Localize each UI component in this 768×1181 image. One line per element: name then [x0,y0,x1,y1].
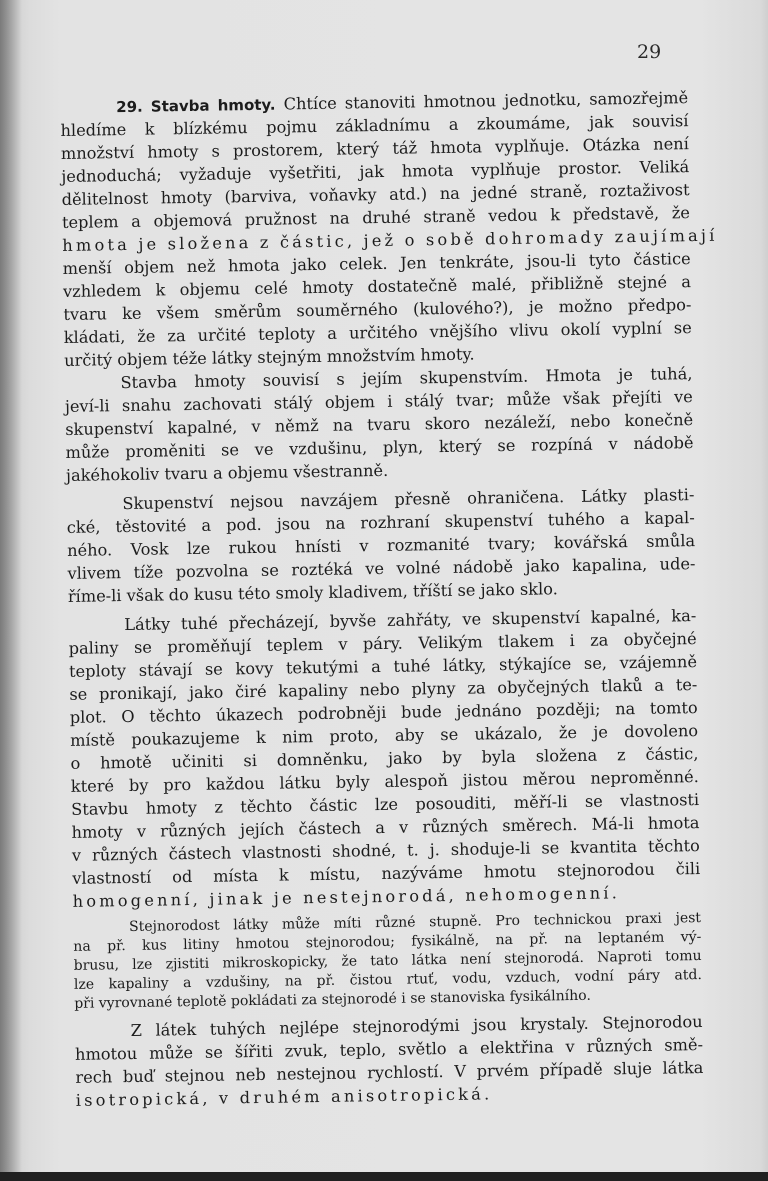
section-number: 29. [116,98,143,116]
page-binding-shadow [0,0,22,1172]
section-title: Stavba hmoty. [151,96,276,116]
footnote-block: Stejnorodost látky může míti různé stupn… [73,909,702,1014]
book-page: 29 29. Stavba hmoty. Chtíce stanoviti hm… [0,0,768,1172]
page-body: 29. Stavba hmoty. Chtíce stanoviti hmotn… [60,86,704,1112]
scan-bottom-edge [0,1172,768,1181]
page-number: 29 [637,41,661,63]
